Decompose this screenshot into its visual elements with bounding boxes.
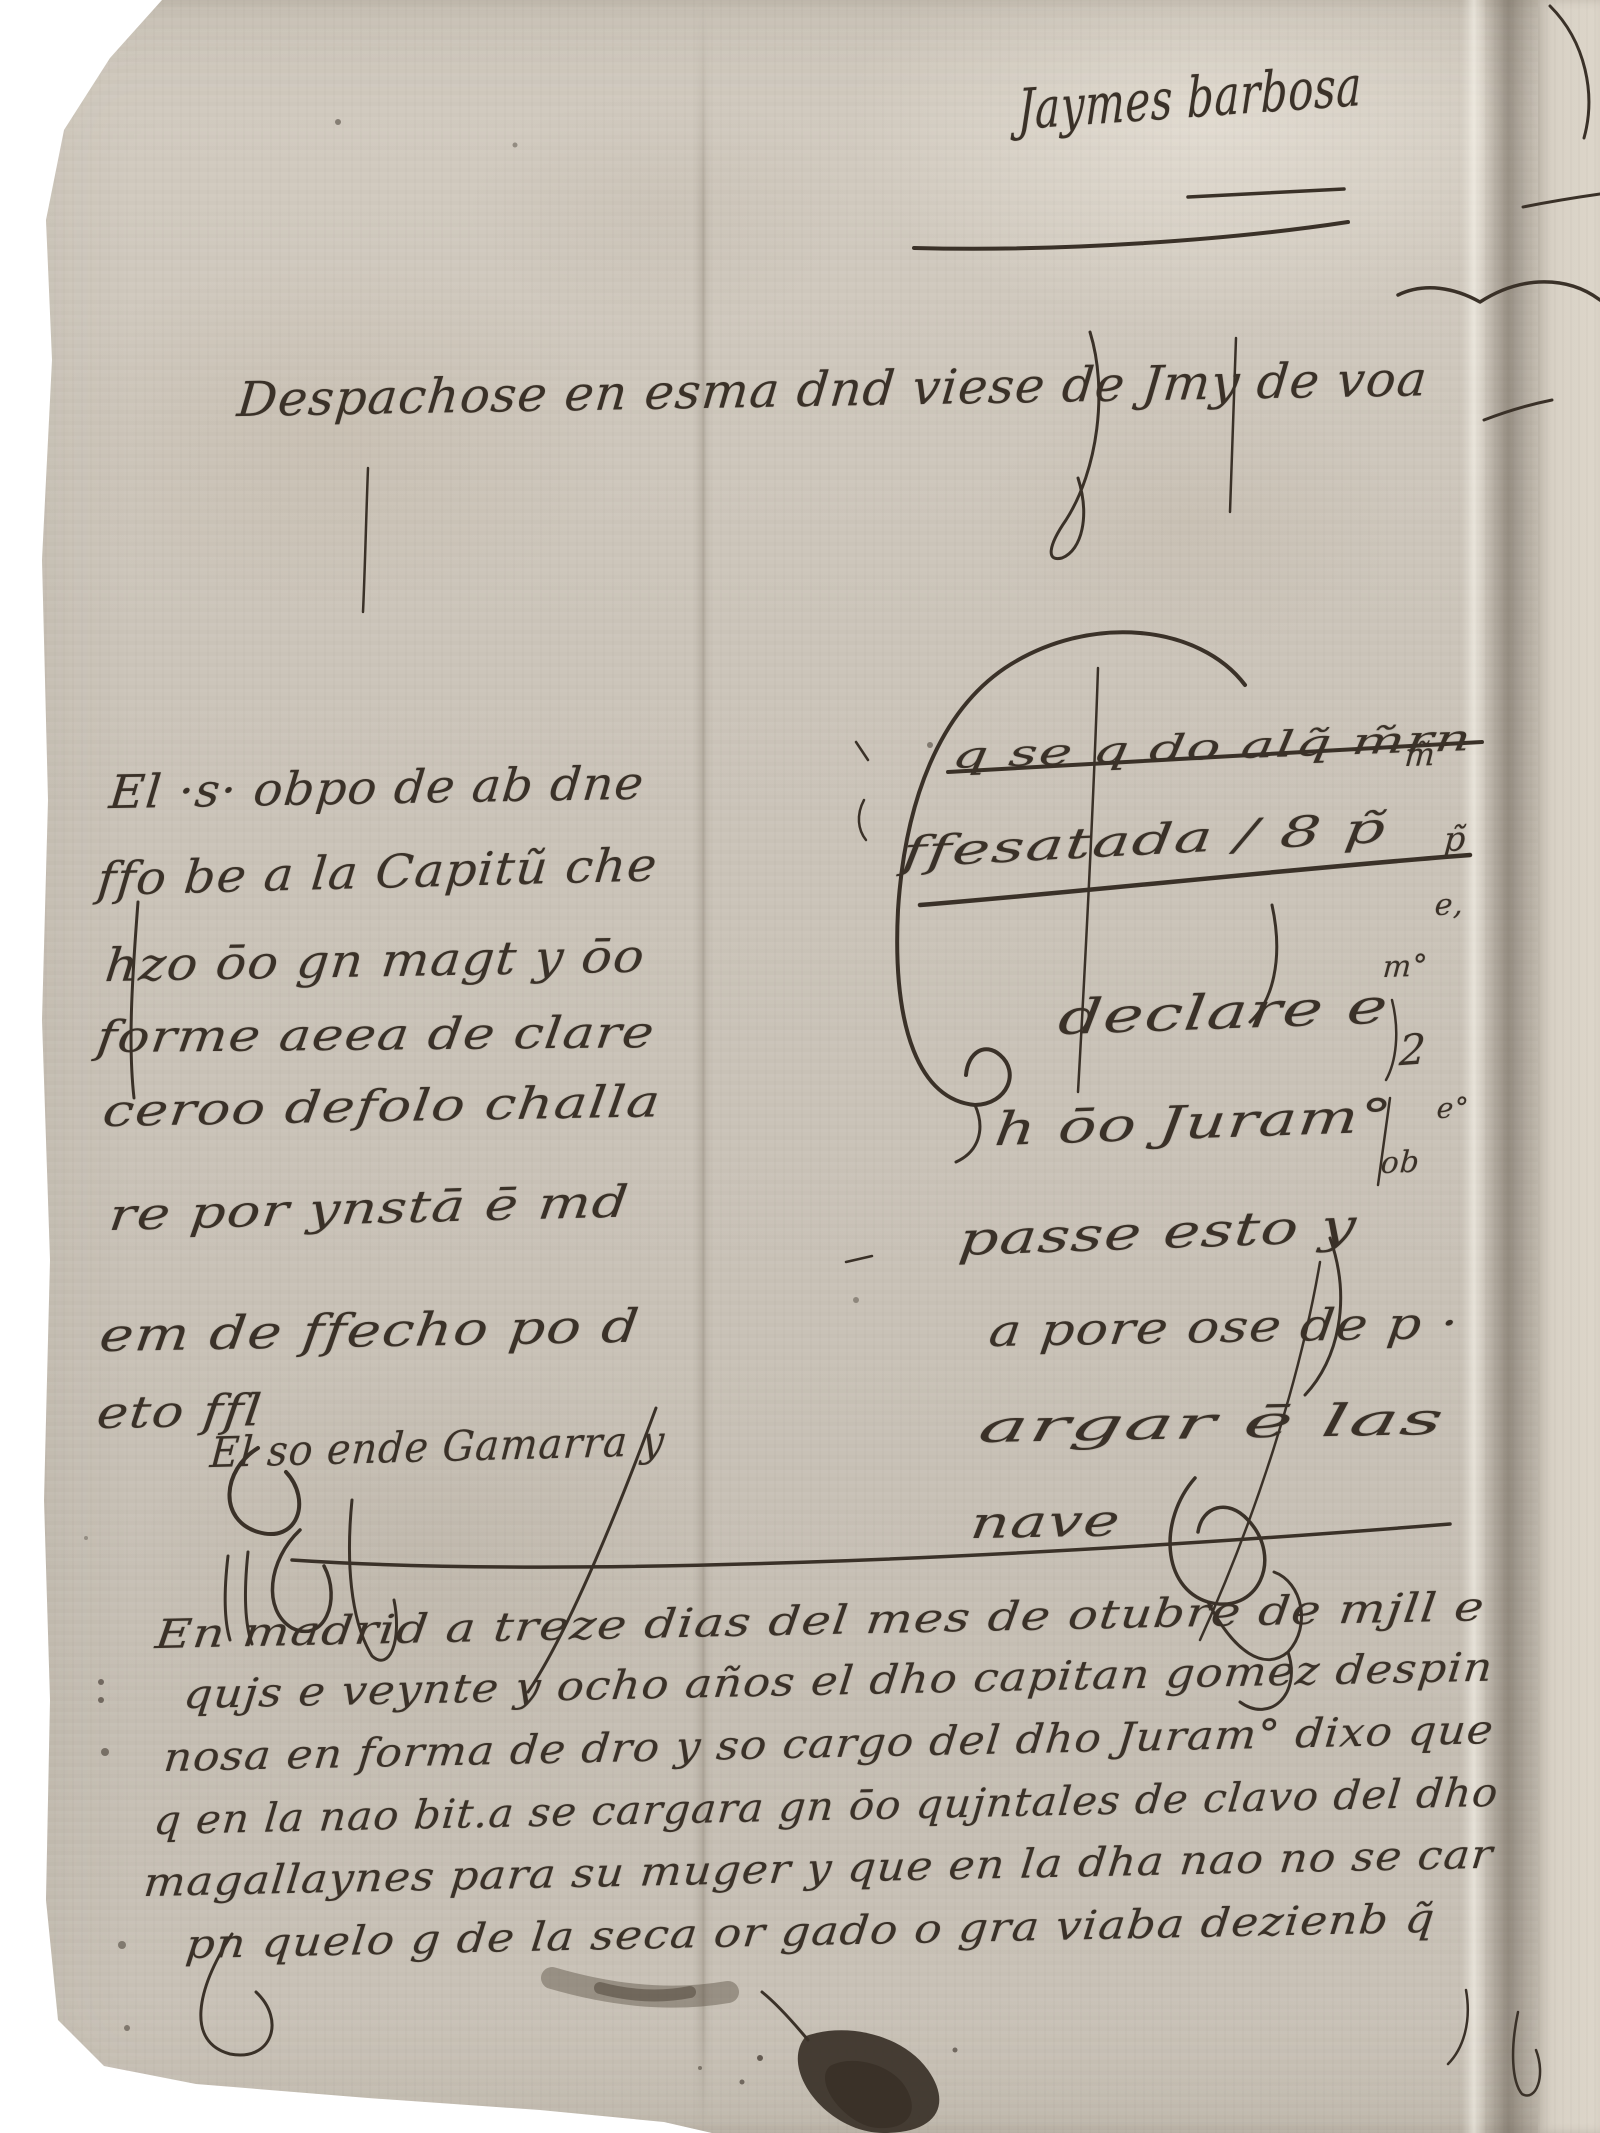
fold-fragment-7: ob — [1380, 1145, 1422, 1181]
manuscript-scan: Scanned page of a 16th-century Spanish m… — [0, 0, 1600, 2133]
right-line-4: a pore ose de p · — [986, 1298, 1461, 1357]
left-line-3: hzo ōo gn magt y ōo — [103, 929, 648, 993]
fold-fragment-6: e° — [1436, 1091, 1471, 1125]
right-line-5: argar ē las — [975, 1394, 1449, 1453]
left-line-7: em de ffecho po d — [97, 1299, 643, 1363]
right-line-6: nave — [968, 1495, 1124, 1549]
second-leaf-edge — [1538, 0, 1600, 2133]
left-line-4: forme aeea de clare — [94, 1007, 658, 1063]
left-line-1: El ·s· obpo de ab dne — [107, 756, 647, 819]
fold-fragment-5: 2 — [1398, 1024, 1427, 1075]
right-line-1: declare e — [1056, 978, 1392, 1046]
fold-fragment-4: m° — [1382, 948, 1430, 985]
fold-fragment-3: e, — [1434, 887, 1466, 923]
fold-fragment-1: m̃ — [1403, 735, 1437, 774]
fold-fragment-2: p̃ — [1442, 819, 1468, 860]
left-line-5: ceroo defolo challa — [100, 1076, 664, 1137]
